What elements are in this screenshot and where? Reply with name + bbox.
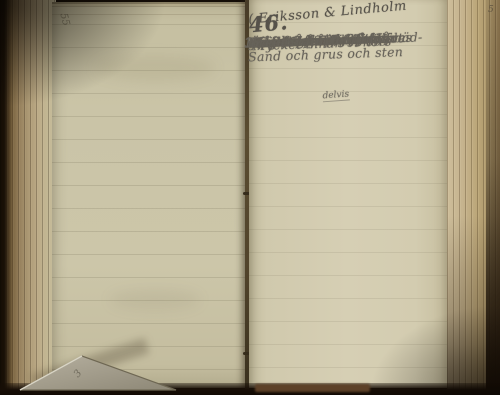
turned-page-corner: 3 bbox=[16, 350, 180, 392]
handwritten-entry: 46. ( Eriksson & Lindholm delvis Närmast… bbox=[245, 0, 452, 389]
entry-heading-text: ( Eriksson & Lindholm bbox=[248, 0, 408, 27]
notebook-photo: 55 90 46. ( Eriksson & Lindholm delvis N… bbox=[0, 0, 500, 395]
left-page-top-edges bbox=[52, 2, 246, 20]
inserted-word: delvis bbox=[322, 89, 349, 102]
bottom-spine-detail bbox=[255, 384, 370, 392]
right-cover-edge bbox=[486, 0, 500, 395]
page-smudge bbox=[110, 290, 200, 310]
spine-shadow bbox=[0, 0, 12, 395]
page-smudge bbox=[95, 55, 215, 81]
